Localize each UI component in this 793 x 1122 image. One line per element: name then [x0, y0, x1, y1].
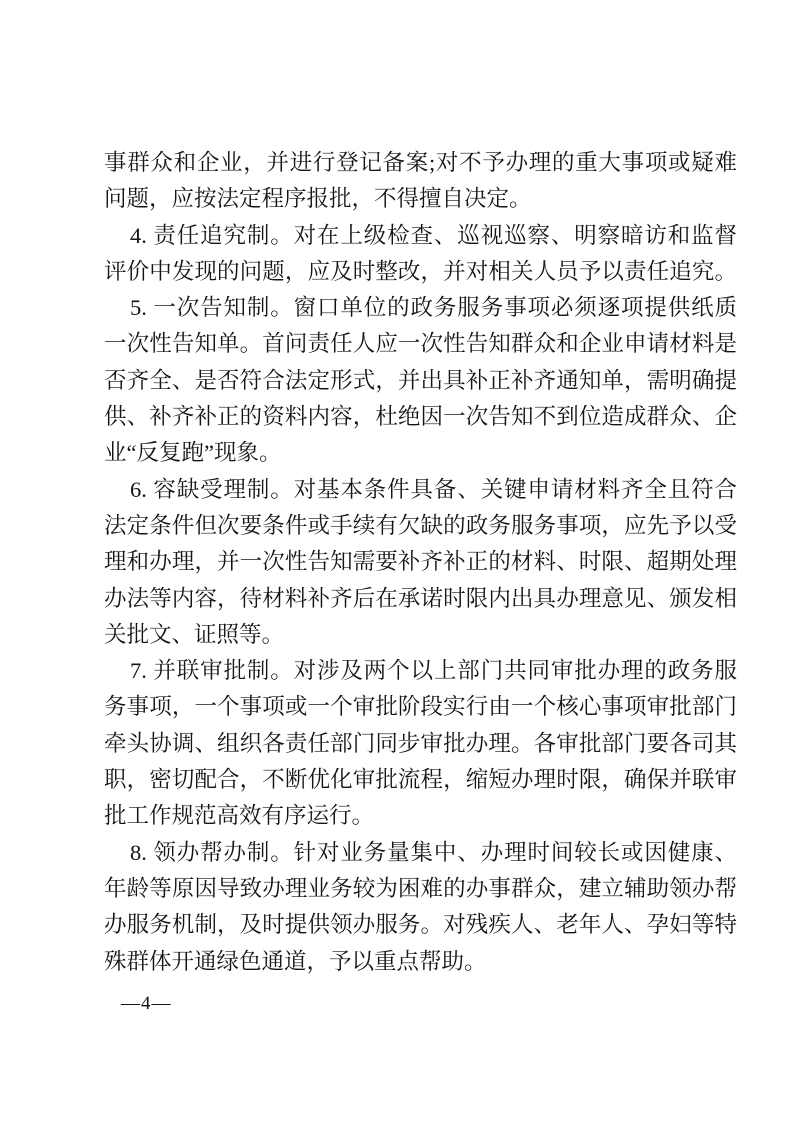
text-line: 牵头协调、组织各责任部门同步审批办理。各审批部门要各司其	[104, 726, 737, 762]
text-line: 关批文、证照等。	[104, 617, 737, 653]
text-line: 法定条件但次要条件或手续有欠缺的政务服务事项，应先予以受	[104, 508, 737, 544]
text-line: 办服务机制，及时提供领办服务。对残疾人、老年人、孕妇等特	[104, 907, 737, 943]
document-page: 事群众和企业，并进行登记备案;对不予办理的重大事项或疑难 问题，应按法定程序报批…	[0, 0, 793, 1122]
text-line-item-6: 6. 容缺受理制。对基本条件具备、关键申请材料齐全且符合	[104, 472, 737, 508]
text-line: 职，密切配合，不断优化审批流程，缩短办理时限，确保并联审	[104, 762, 737, 798]
text-line-item-5: 5. 一次告知制。窗口单位的政务服务事项必须逐项提供纸质	[104, 290, 737, 326]
text-line: 供、补齐补正的资料内容，杜绝因一次告知不到位造成群众、企	[104, 399, 737, 435]
text-line: 事群众和企业，并进行登记备案;对不予办理的重大事项或疑难	[104, 145, 737, 181]
text-line: 务事项，一个事项或一个审批阶段实行由一个核心事项审批部门	[104, 689, 737, 725]
text-line-item-7: 7. 并联审批制。对涉及两个以上部门共同审批办理的政务服	[104, 653, 737, 689]
text-line: 一次性告知单。首问责任人应一次性告知群众和企业申请材料是	[104, 326, 737, 362]
text-line-item-4: 4. 责任追究制。对在上级检查、巡视巡察、明察暗访和监督	[104, 218, 737, 254]
text-line: 理和办理，并一次性告知需要补齐补正的材料、时限、超期处理	[104, 544, 737, 580]
text-line-item-8: 8. 领办帮办制。针对业务量集中、办理时间较长或因健康、	[104, 835, 737, 871]
text-line: 业“反复跑”现象。	[104, 435, 737, 471]
page-number: —4—	[121, 991, 172, 1017]
text-line: 评价中发现的问题，应及时整改，并对相关人员予以责任追究。	[104, 254, 737, 290]
text-line: 批工作规范高效有序运行。	[104, 798, 737, 834]
text-line: 否齐全、是否符合法定形式，并出具补正补齐通知单，需明确提	[104, 363, 737, 399]
text-line: 问题，应按法定程序报批，不得擅自决定。	[104, 181, 737, 217]
text-line: 殊群体开通绿色通道，予以重点帮助。	[104, 944, 737, 980]
text-line: 年龄等原因导致办理业务较为困难的办事群众，建立辅助领办帮	[104, 871, 737, 907]
text-line: 办法等内容，待材料补齐后在承诺时限内出具办理意见、颁发相	[104, 581, 737, 617]
document-body: 事群众和企业，并进行登记备案;对不予办理的重大事项或疑难 问题，应按法定程序报批…	[104, 145, 737, 980]
